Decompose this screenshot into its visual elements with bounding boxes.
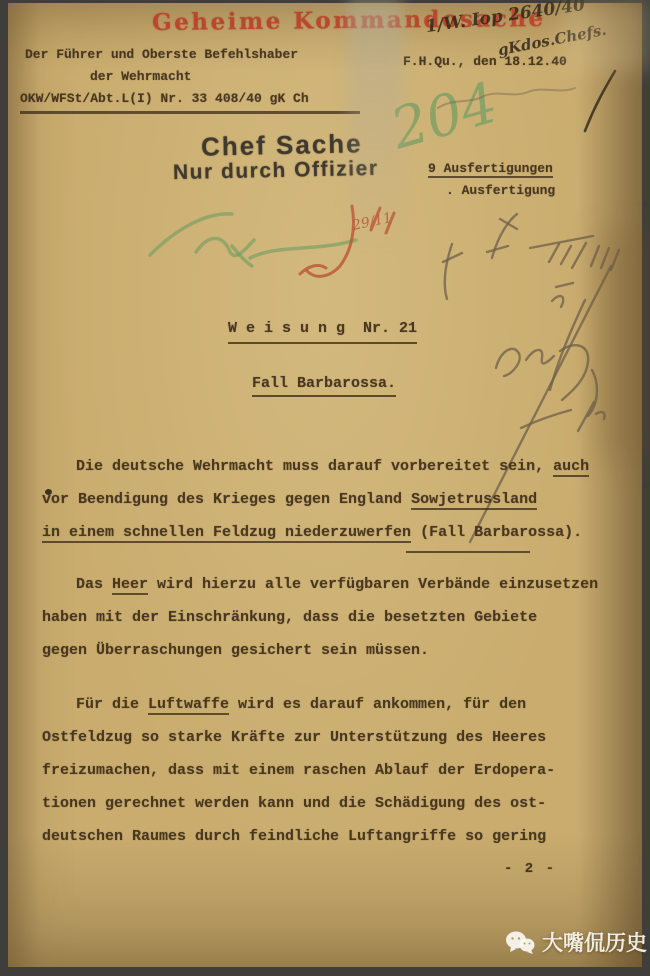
text-line: Ostfeldzug so starke Kräfte zur Unterstü… <box>42 721 632 754</box>
text-line: Das Heer wird hierzu alle verfügbaren Ve… <box>42 568 632 601</box>
text-segment: tionen gerechnet werden kann und die Sch… <box>42 795 546 812</box>
text-segment: in einem schnellen Feldzug niederzuwerfe… <box>42 524 411 543</box>
text-line: Für die Luftwaffe wird es darauf ankomme… <box>42 688 632 721</box>
text-segment: Die deutsche Wehrmacht muss darauf vorbe… <box>76 458 553 475</box>
text-line: gegen Überraschungen gesichert sein müss… <box>42 634 632 667</box>
text-segment: haben mit der Einschränkung, dass die be… <box>42 609 537 626</box>
text-segment: Ostfeldzug so starke Kräfte zur Unterstü… <box>42 729 546 746</box>
body-paragraph-2: Das Heer wird hierzu alle verfügbaren Ve… <box>42 568 632 667</box>
directive-subject: Fall Barbarossa. <box>252 375 396 397</box>
text-segment: Heer <box>112 576 148 595</box>
text-segment: (Fall Barbarossa). <box>411 524 582 541</box>
text-segment: Luftwaffe <box>148 696 229 715</box>
nur-durch-offizier-stamp: Nur durch Offizier <box>173 157 379 185</box>
text-segment: Sowjetrussland <box>411 491 537 510</box>
body-paragraph-1: Die deutsche Wehrmacht muss darauf vorbe… <box>42 450 632 549</box>
text-line: haben mit der Einschränkung, dass die be… <box>42 601 632 634</box>
dateline: F.H.Qu., den 18.12.40 <box>403 54 567 69</box>
text-segment: wird es darauf ankommen, für den <box>229 696 526 713</box>
text-segment: vor Beendigung des Krieges gegen England <box>42 491 411 508</box>
text-line: Die deutsche Wehrmacht muss darauf vorbe… <box>42 450 632 483</box>
text-line: in einem schnellen Feldzug niederzuwerfe… <box>42 516 632 549</box>
text-segment: gegen Überraschungen gesichert sein müss… <box>42 642 429 659</box>
watermark-text: 大嘴侃历史 <box>542 927 647 957</box>
text-segment: deutschen Raumes durch feindliche Luftan… <box>42 828 546 845</box>
barbarossa-underline-mark <box>406 551 530 553</box>
watermark: 大嘴侃历史 <box>505 927 647 957</box>
header-rule <box>20 111 360 114</box>
document-reference: OKW/WFSt/Abt.L(I) Nr. 33 408/40 gK Ch <box>20 91 309 106</box>
text-line: freizumachen, dass mit einem raschen Abl… <box>42 754 632 787</box>
body-paragraph-3: Für die Luftwaffe wird es darauf ankomme… <box>42 688 632 853</box>
text-line: tionen gerechnet werden kann und die Sch… <box>42 787 632 820</box>
text-segment: Für die <box>76 696 148 713</box>
text-segment: Das <box>76 576 112 593</box>
copy-number: . Ausfertigung <box>446 183 555 198</box>
issuer-line1: Der Führer und Oberste Befehlshaber <box>25 47 298 62</box>
directive-title: W e i s u n g Nr. 21 <box>228 320 417 344</box>
text-segment: auch <box>553 458 589 477</box>
copies-count: 9 Ausfertigungen <box>428 161 553 178</box>
text-segment: freizumachen, dass mit einem raschen Abl… <box>42 762 555 779</box>
text-segment: wird hierzu alle verfügbaren Verbände ei… <box>148 576 598 593</box>
issuer-line2: der Wehrmacht <box>90 69 191 84</box>
page-number: - 2 - <box>504 861 556 877</box>
text-line: deutschen Raumes durch feindliche Luftan… <box>42 820 632 853</box>
text-line: vor Beendigung des Krieges gegen England… <box>42 483 632 516</box>
document-scan: Der Führer und Oberste Befehlshaber der … <box>0 0 650 976</box>
wechat-icon <box>505 930 535 954</box>
